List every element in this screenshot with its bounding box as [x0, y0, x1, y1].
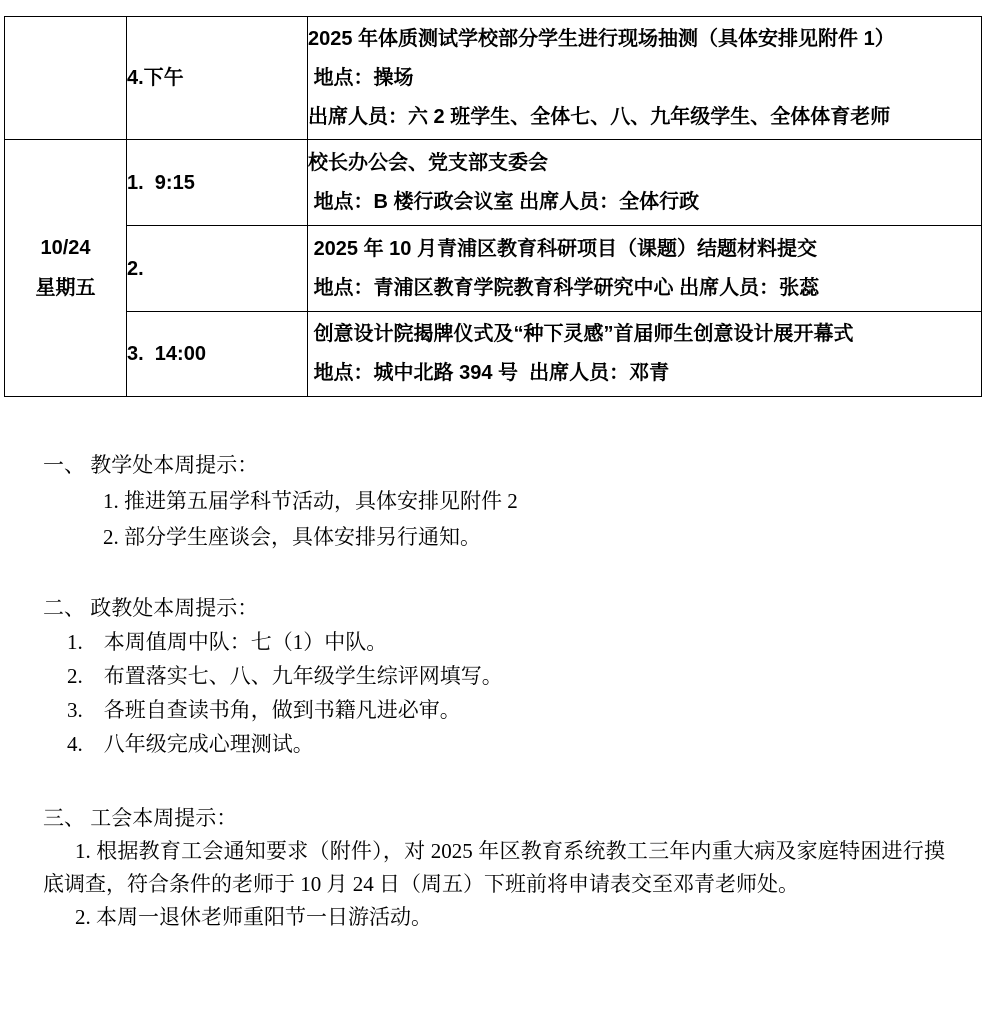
event-cell: 创意设计院揭牌仪式及“种下灵感”首届师生创意设计展开幕式 地点：城中北路 394… [308, 312, 982, 397]
table-row: 4.下午 2025 年体质测试学校部分学生进行现场抽测（具体安排见附件 1） 地… [5, 17, 982, 140]
event-attendees: 出席人员：六 2 班学生、全体七、八、九年级学生、全体体育老师 [308, 98, 981, 137]
event-location: 地点：城中北路 394 号 出席人员：邓青 [308, 354, 981, 393]
time-cell: 1. 9:15 [127, 140, 308, 226]
event-location: 地点：B 楼行政会议室 出席人员：全体行政 [308, 183, 981, 222]
time-cell: 2. [127, 226, 308, 312]
event-title: 校长办公会、党支部支委会 [308, 144, 981, 183]
schedule-table: 4.下午 2025 年体质测试学校部分学生进行现场抽测（具体安排见附件 1） 地… [4, 16, 982, 397]
date-value: 10/24 [5, 228, 126, 268]
time-label: 3. 14:00 [127, 342, 307, 366]
note-item: 3. 各班自查读书角，做到书籍凡进必审。 [43, 693, 945, 727]
section-heading: 二、 政教处本周提示： [43, 591, 945, 625]
notes: 一、 教学处本周提示： 1. 推进第五届学科节活动，具体安排见附件 2 2. 部… [43, 447, 945, 934]
note-item: 4. 八年级完成心理测试。 [43, 727, 945, 761]
time-label: 4.下午 [127, 66, 307, 90]
section-moral-education-office: 二、 政教处本周提示： 1. 本周值周中队：七（1）中队。 2. 布置落实七、八… [43, 591, 945, 761]
event-cell: 2025 年体质测试学校部分学生进行现场抽测（具体安排见附件 1） 地点：操场 … [308, 17, 982, 140]
note-item: 1. 本周值周中队：七（1）中队。 [43, 625, 945, 659]
date-cell-empty [5, 17, 127, 140]
weekday-value: 星期五 [5, 268, 126, 308]
note-item: 2. 部分学生座谈会，具体安排另行通知。 [43, 519, 945, 555]
event-location: 地点：青浦区教育学院教育科学研究中心 出席人员：张蕊 [308, 269, 981, 308]
date-cell: 10/24 星期五 [5, 140, 127, 397]
event-title: 创意设计院揭牌仪式及“种下灵感”首届师生创意设计展开幕式 [308, 315, 981, 354]
event-title: 2025 年 10 月青浦区教育科研项目（课题）结题材料提交 [308, 230, 981, 269]
section-heading: 一、 教学处本周提示： [43, 447, 945, 483]
note-item: 1. 根据教育工会通知要求（附件），对 2025 年区教育系统教工三年内重大病及… [43, 835, 945, 901]
time-label: 2. [127, 257, 307, 281]
document-page: 4.下午 2025 年体质测试学校部分学生进行现场抽测（具体安排见附件 1） 地… [0, 0, 990, 1034]
table-row: 2. 2025 年 10 月青浦区教育科研项目（课题）结题材料提交 地点：青浦区… [5, 226, 982, 312]
note-item: 2. 布置落实七、八、九年级学生综评网填写。 [43, 659, 945, 693]
time-label: 1. 9:15 [127, 171, 307, 195]
table-row: 10/24 星期五 1. 9:15 校长办公会、党支部支委会 地点：B 楼行政会… [5, 140, 982, 226]
time-cell: 3. 14:00 [127, 312, 308, 397]
event-cell: 校长办公会、党支部支委会 地点：B 楼行政会议室 出席人员：全体行政 [308, 140, 982, 226]
note-item: 2. 本周一退休老师重阳节一日游活动。 [43, 901, 945, 934]
time-cell: 4.下午 [127, 17, 308, 140]
table-row: 3. 14:00 创意设计院揭牌仪式及“种下灵感”首届师生创意设计展开幕式 地点… [5, 312, 982, 397]
note-item: 1. 推进第五届学科节活动，具体安排见附件 2 [43, 483, 945, 519]
event-cell: 2025 年 10 月青浦区教育科研项目（课题）结题材料提交 地点：青浦区教育学… [308, 226, 982, 312]
section-heading: 三、 工会本周提示： [43, 802, 945, 835]
section-teaching-office: 一、 教学处本周提示： 1. 推进第五届学科节活动，具体安排见附件 2 2. 部… [43, 447, 945, 555]
event-title: 2025 年体质测试学校部分学生进行现场抽测（具体安排见附件 1） [308, 20, 981, 59]
section-labor-union: 三、 工会本周提示： 1. 根据教育工会通知要求（附件），对 2025 年区教育… [43, 802, 945, 934]
event-location: 地点：操场 [308, 59, 981, 98]
